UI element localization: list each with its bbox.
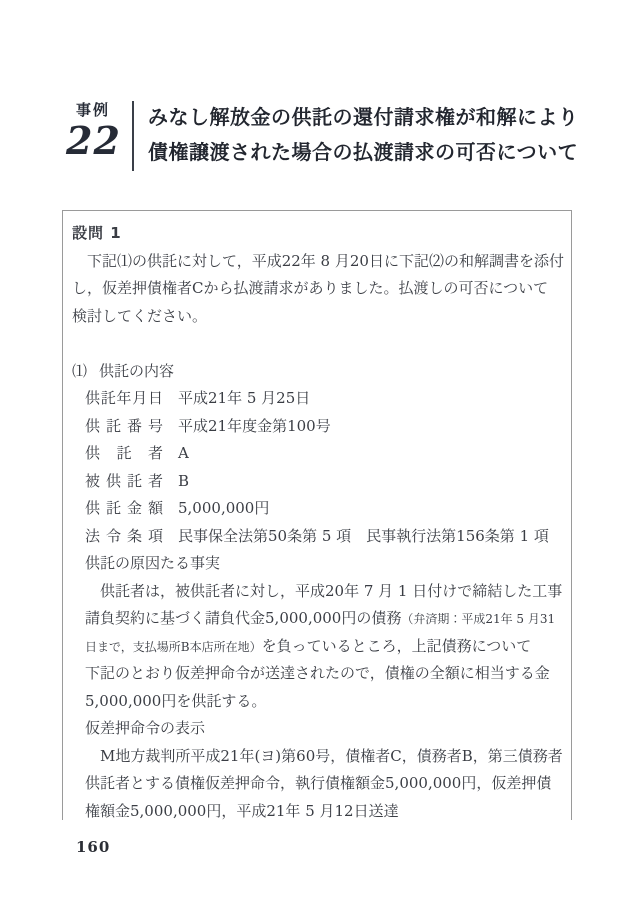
cause-line: 5,000,000円を供託する。 [72, 688, 557, 716]
order-line: 供託者とする債権仮差押命令，執行債権額金5,000,000円，仮差押債 [72, 770, 557, 798]
field-value: 平成21年 5 月25日 [178, 389, 310, 407]
intro-line: し，仮差押債権者Cから払渡請求がありました。払渡しの可否について [72, 275, 557, 303]
cause-line: 請負契約に基づく請負代金5,000,000円の債務（弁済期：平成21年 5 月3… [72, 605, 557, 633]
document-page: 事例 22 みなし解放金の供託の還付請求権が和解により 債権譲渡された場合の払渡… [0, 0, 637, 900]
field-value: 民事保全法第50条第 5 項 民事執行法第156条第 1 項 [178, 527, 549, 545]
field-label: 被供託者 [85, 468, 163, 496]
field-label: 供託番号 [85, 413, 163, 441]
intro-line: 下記⑴の供託に対して，平成22年 8 月20日に下記⑵の和解調書を添付 [72, 248, 557, 276]
field-row: 供託年月日平成21年 5 月25日 [72, 385, 557, 413]
cause-heading: 供託の原因たる事実 [72, 550, 557, 578]
case-title-line2: 債権譲渡された場合の払渡請求の可否について [148, 135, 579, 170]
section-1-heading: ⑴供託の内容 [72, 358, 557, 386]
cause-line: 日まで，支払場所B本店所在地）を負っているところ，上記債務について [72, 633, 557, 661]
field-value: B [178, 472, 189, 490]
cause-line-smalltext: （弁済期：平成21年 5 月31 [401, 612, 555, 626]
cause-line-smalltext: 日まで，支払場所B本店所在地） [85, 640, 262, 654]
field-row: 被供託者B [72, 468, 557, 496]
cause-line-text: 請負契約に基づく請負代金5,000,000円の債務 [85, 609, 401, 627]
section-1-title: 供託の内容 [99, 362, 174, 380]
order-line: M地方裁判所平成21年(ヨ)第60号，債権者C，債務者B，第三債務者 [72, 743, 557, 771]
page-number: 160 [76, 838, 110, 856]
case-label: 事例 [66, 100, 120, 120]
case-id-block: 事例 22 [66, 100, 120, 162]
case-header: 事例 22 みなし解放金の供託の還付請求権が和解により 債権譲渡された場合の払渡… [66, 100, 579, 171]
field-label: 法令条項 [85, 523, 163, 551]
question-box: 設問 1 下記⑴の供託に対して，平成22年 8 月20日に下記⑵の和解調書を添付… [62, 210, 572, 820]
spacer-line [72, 330, 557, 358]
field-row: 供託番号平成21年度金第100号 [72, 413, 557, 441]
question-heading: 設問 1 [72, 220, 557, 248]
intro-line: 検討してください。 [72, 303, 557, 331]
field-row: 法令条項民事保全法第50条第 5 項 民事執行法第156条第 1 項 [72, 523, 557, 551]
field-label: 供託金額 [85, 495, 163, 523]
cause-line: 供託者は，被供託者に対し，平成20年 7 月 1 日付けで締結した工事 [72, 578, 557, 606]
section-1-number: ⑴ [72, 362, 87, 380]
order-line: 権額金5,000,000円，平成21年 5 月12日送達 [72, 798, 557, 826]
field-value: A [178, 444, 189, 462]
field-row: 供託金額5,000,000円 [72, 495, 557, 523]
header-divider [132, 101, 134, 171]
cause-line: 下記のとおり仮差押命令が送達されたので，債権の全額に相当する金 [72, 660, 557, 688]
field-value: 平成21年度金第100号 [178, 417, 331, 435]
field-label: 供託年月日 [85, 385, 163, 413]
field-label: 供託者 [85, 440, 163, 468]
case-number: 22 [66, 120, 120, 162]
case-title: みなし解放金の供託の還付請求権が和解により 債権譲渡された場合の払渡請求の可否に… [148, 100, 579, 170]
field-value: 5,000,000円 [178, 499, 269, 517]
order-heading: 仮差押命令の表示 [72, 715, 557, 743]
case-title-line1: みなし解放金の供託の還付請求権が和解により [148, 100, 579, 135]
field-row: 供託者A [72, 440, 557, 468]
cause-line-text: を負っているところ，上記債務について [262, 637, 532, 655]
